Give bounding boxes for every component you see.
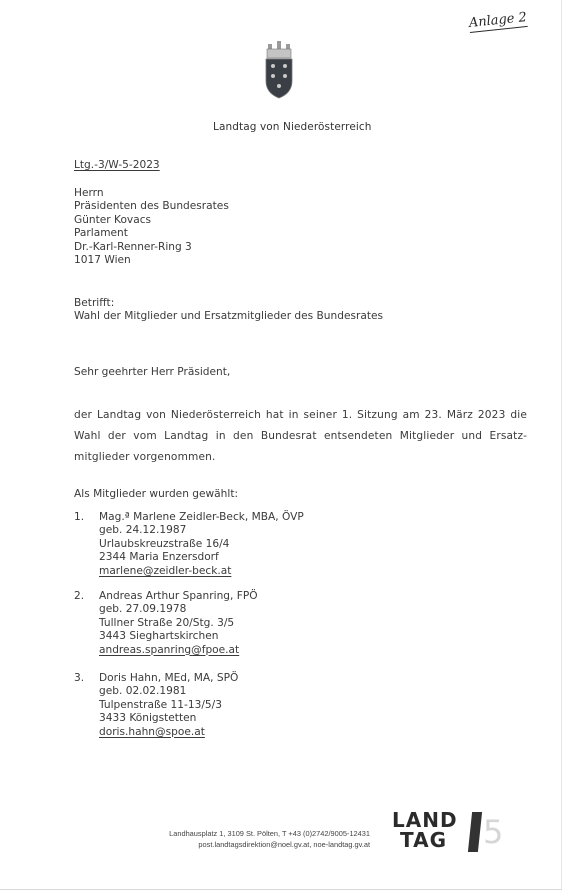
recipient-line: Herrn [74, 187, 229, 200]
letter-page: Anlage 2 Landtag von Niederösterreich Lt… [0, 0, 567, 893]
reference-number: Ltg.-3/W-5-2023 [74, 159, 160, 172]
member-city: 3433 Königstetten [99, 712, 238, 725]
logo-mark: 5 [483, 813, 503, 851]
member-name: Andreas Arthur Spanring, FPÖ [99, 590, 258, 603]
member-birthdate: geb. 27.09.1978 [99, 603, 258, 616]
landtag-logo: LAND TAG 5 [392, 810, 496, 858]
member-name: Mag.ª Marlene Zeidler-Beck, MBA, ÖVP [99, 511, 304, 524]
member-number: 2. [74, 590, 84, 603]
subject-label: Betrifft: [74, 297, 383, 310]
recipient-line: Dr.-Karl-Renner-Ring 3 [74, 241, 229, 254]
recipient-line: Parlament [74, 227, 229, 240]
footer-contact: Landhausplatz 1, 3109 St. Pölten, T +43 … [169, 828, 370, 850]
member-street: Tulpenstraße 11-13/5/3 [99, 699, 238, 712]
member-email-link[interactable]: andreas.spanring@fpoe.at [99, 644, 258, 657]
recipient-line: 1017 Wien [74, 254, 229, 267]
footer-address: Landhausplatz 1, 3109 St. Pölten, T +43 … [169, 828, 370, 839]
subject-text: Wahl der Mitglieder und Ersatzmitglieder… [74, 310, 383, 323]
member-street: Urlaubskreuzstraße 16/4 [99, 538, 304, 551]
member-city: 3443 Sieghartskirchen [99, 630, 258, 643]
salutation: Sehr geehrter Herr Präsident, [74, 366, 230, 379]
member-name: Doris Hahn, MEd, MA, SPÖ [99, 672, 238, 685]
coat-of-arms-icon [264, 41, 294, 99]
members-intro: Als Mitglieder wurden gewählt: [74, 488, 238, 501]
recipient-line: Präsidenten des Bundesrates [74, 200, 229, 213]
body-paragraph: der Landtag von Niederösterreich hat in … [74, 405, 527, 467]
logo-text-tag: TAG [400, 830, 447, 850]
member-city: 2344 Maria Enzersdorf [99, 551, 304, 564]
member-email-link[interactable]: doris.hahn@spoe.at [99, 726, 238, 739]
scan-edge [0, 889, 562, 890]
subject: Betrifft: Wahl der Mitglieder und Ersatz… [74, 297, 383, 324]
member-birthdate: geb. 02.02.1981 [99, 685, 238, 698]
handwritten-annotation: Anlage 2 [468, 11, 527, 33]
member-number: 3. [74, 672, 84, 685]
recipient-line: Günter Kovacs [74, 214, 229, 227]
recipient-address: Herrn Präsidenten des Bundesrates Günter… [74, 187, 229, 267]
footer-email-web: post.landtagsdirektion@noel.gv.at, noe-l… [169, 839, 370, 850]
logo-bar-icon [468, 812, 482, 852]
logo-text-land: LAND [392, 810, 458, 830]
member-email-link[interactable]: marlene@zeidler-beck.at [99, 565, 304, 578]
organization-name: Landtag von Niederösterreich [213, 121, 372, 133]
member-birthdate: geb. 24.12.1987 [99, 524, 304, 537]
member-number: 1. [74, 511, 84, 524]
scan-edge [561, 0, 562, 890]
member-street: Tullner Straße 20/Stg. 3/5 [99, 617, 258, 630]
